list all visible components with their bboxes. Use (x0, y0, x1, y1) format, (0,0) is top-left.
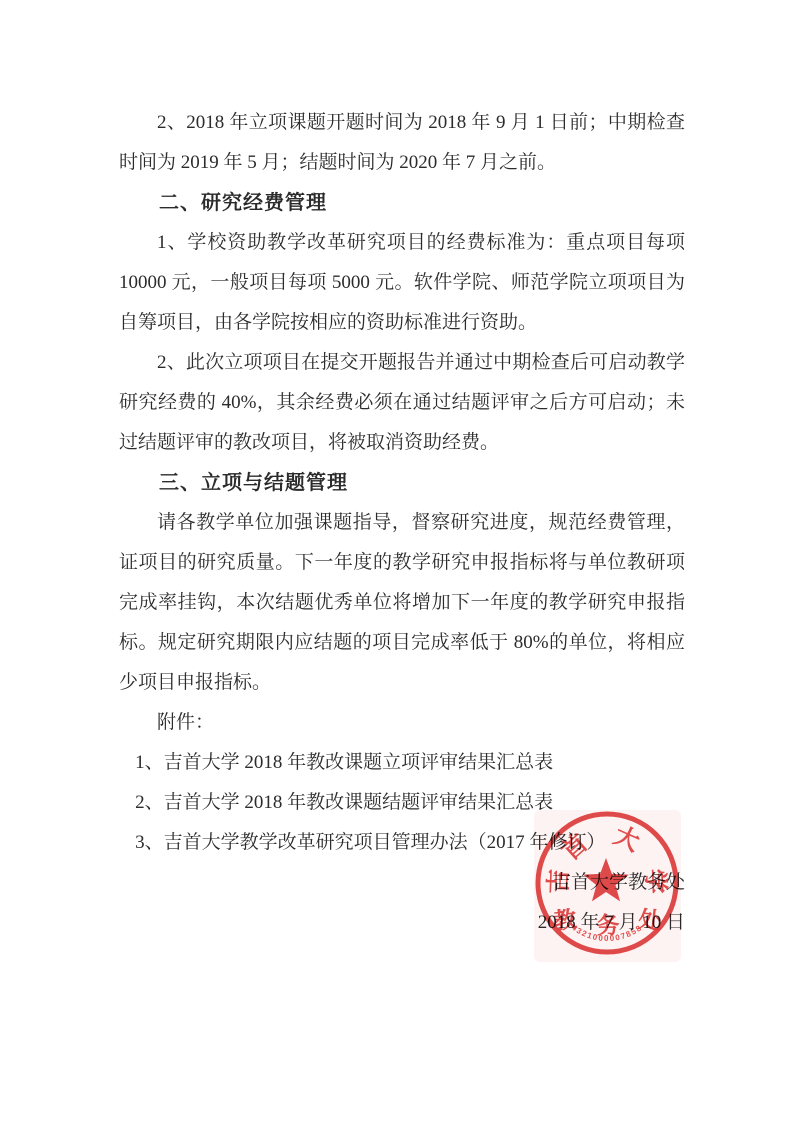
signature-line: 吉首大学教务处 (119, 863, 685, 903)
section-heading: 二、研究经费管理 (119, 183, 685, 223)
section-heading: 三、立项与结题管理 (119, 463, 685, 503)
attachments-label: 附件： (119, 703, 685, 743)
body-line: 标。规定研究期限内应结题的项目完成率低于 80%的单位，将相应减 (119, 623, 685, 663)
attachment-item: 1、吉首大学 2018 年教改课题立项评审结果汇总表 (119, 743, 685, 783)
body-line: 少项目申报指标。 (119, 663, 685, 703)
body-line: 10000 元，一般项目每项 5000 元。软件学院、师范学院立项项目为 (119, 263, 685, 303)
body-line: 自筹项目，由各学院按相应的资助标准进行资助。 (119, 303, 685, 343)
body-line: 过结题评审的教改项目，将被取消资助经费。 (119, 423, 685, 463)
document-page: 2、2018 年立项课题开题时间为 2018 年 9 月 1 日前；中期检查 时… (0, 0, 793, 1122)
body-line: 2、2018 年立项课题开题时间为 2018 年 9 月 1 日前；中期检查 (119, 103, 685, 143)
body-line: 请各教学单位加强课题指导，督察研究进度，规范经费管理，保 (119, 503, 685, 543)
body-line: 2、此次立项项目在提交开题报告并通过中期检查后可启动教学 (119, 343, 685, 383)
attachment-item: 2、吉首大学 2018 年教改课题结题评审结果汇总表 (119, 783, 685, 823)
document-body: 2、2018 年立项课题开题时间为 2018 年 9 月 1 日前；中期检查 时… (119, 103, 685, 943)
attachment-item: 3、吉首大学教学改革研究项目管理办法（2017 年修订） (119, 823, 685, 863)
body-line: 研究经费的 40%，其余经费必须在通过结题评审之后方可启动；未通 (119, 383, 685, 423)
body-line: 时间为 2019 年 5 月；结题时间为 2020 年 7 月之前。 (119, 143, 685, 183)
date-line: 2018 年 7 月 10 日 (119, 903, 685, 943)
body-line: 证项目的研究质量。下一年度的教学研究申报指标将与单位教研项目 (119, 543, 685, 583)
body-line: 1、学校资助教学改革研究项目的经费标准为：重点项目每项 (119, 223, 685, 263)
body-line: 完成率挂钩，本次结题优秀单位将增加下一年度的教学研究申报指 (119, 583, 685, 623)
